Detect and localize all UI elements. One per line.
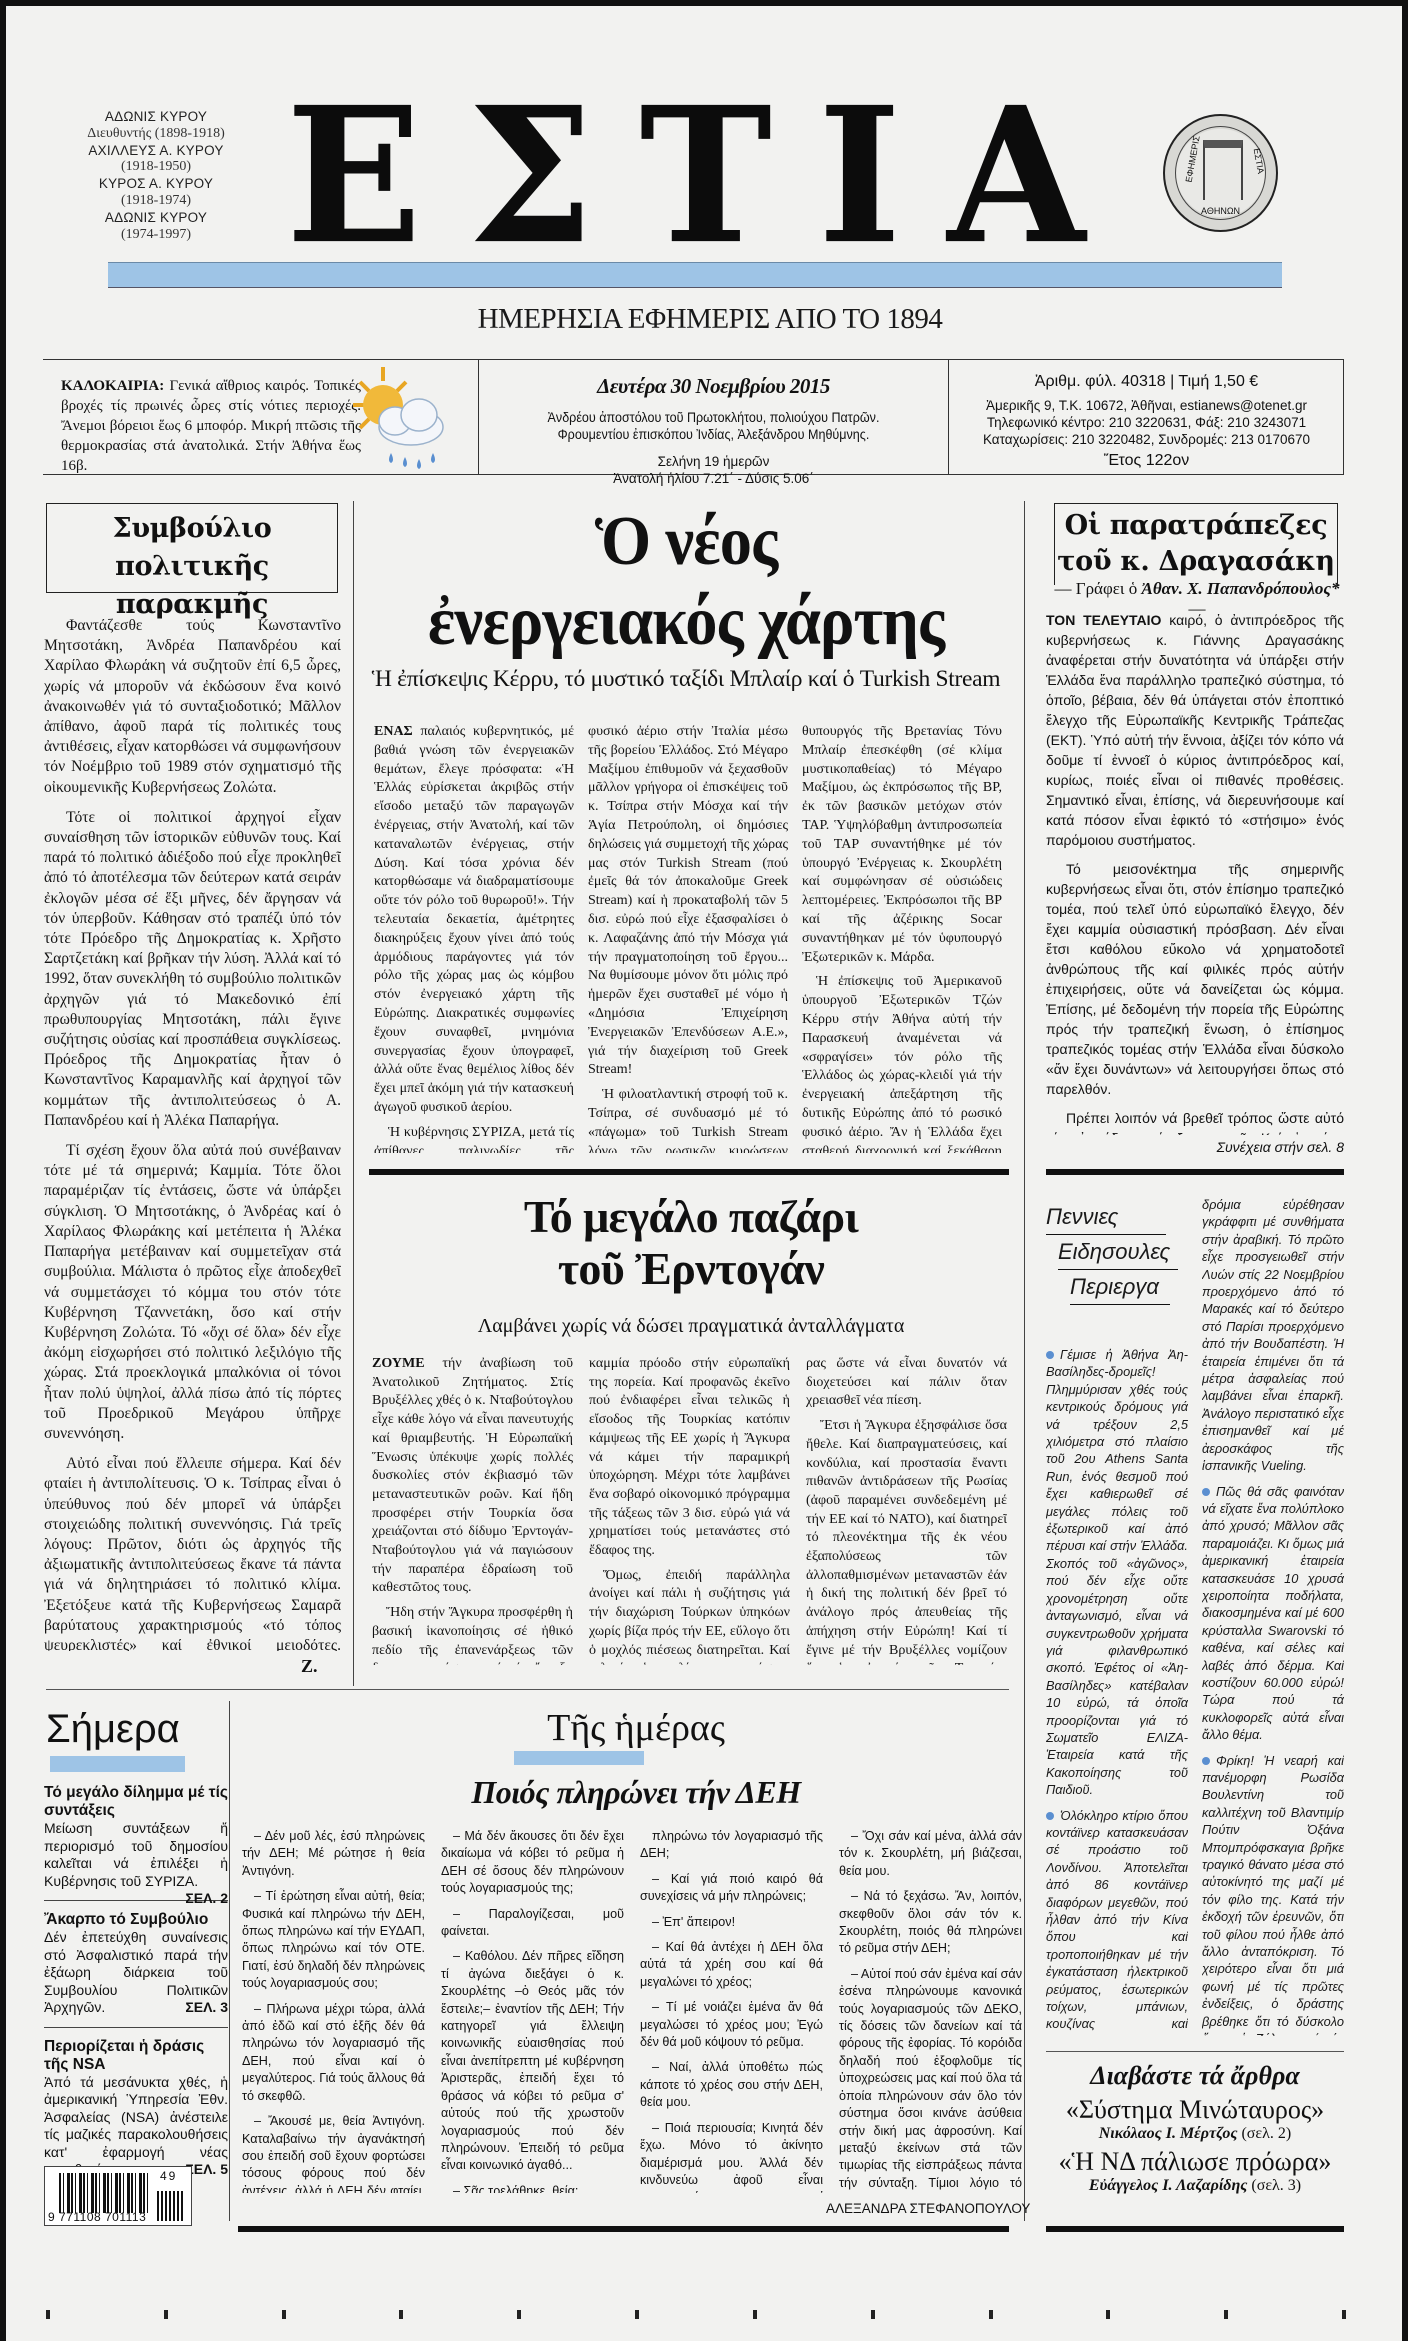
paragraph: ΖΟΥΜΕ τήν ἀναβίωση τοῦ Ἀνατολικοῦ Ζητήμα… bbox=[372, 1355, 573, 1598]
saints-line: Φρουμεντίου ἐπισκόπου Ἰνδίας, Ἀλεξάνδρου… bbox=[495, 426, 931, 443]
article-column: θυπουργός τῆς Βρετανίας Τόνυ Μπλαίρ ἐπεσ… bbox=[802, 723, 1002, 1153]
paragraph: Τό μεισονέκτημα τῆς σημερινῆς κυβερνήσεω… bbox=[1046, 859, 1344, 1099]
paragraph: – Πλήρωνα μέχρι τώρα, ἀλλά ἀπό ἐδῶ καί σ… bbox=[242, 2001, 425, 2105]
article-column: καμμία πρόοδο στήν εὐρωπαϊκή της πορεία.… bbox=[589, 1355, 790, 1665]
coin-seal-icon: ΕΦΗΜΕΡΙΣ ΕΣΤΙΑ ΑΘΗΝΩΝ bbox=[1163, 114, 1278, 232]
page-ref: ΣΕΛ. 2 bbox=[185, 1890, 228, 1908]
headline-line: πολιτικῆς παρακμῆς bbox=[47, 548, 337, 624]
founder-name: ΑΔΩΝΙΣ ΚΥΡΟΥ bbox=[76, 109, 236, 126]
author-name: Εὐάγγελος Ι. Λαζαρίδης bbox=[1089, 2177, 1248, 2194]
editorial-body: Φαντάζεσθε τούς Κωνσταντῖνο Μητσοτάκη, Ἀ… bbox=[44, 616, 341, 1651]
registration-mark-icon bbox=[399, 2310, 403, 2319]
paragraph: Ὅμως, ἐπειδή παράλληλα ἀνοίγει καί πάλι … bbox=[589, 1567, 790, 1665]
article-column: – Μά δέν ἄκουσες ὅτι δέν ἔχει δικαίωμα ν… bbox=[441, 1828, 624, 2193]
article-column: πληρώνω τόν λογαριασμό τῆς ΔΕΗ; – Καί γι… bbox=[640, 1828, 823, 2193]
heading-line: Ειδησουλες bbox=[1058, 1235, 1178, 1270]
barcode-addon-number: 49 bbox=[160, 2169, 177, 2183]
curiosities-section: Πεννιες Ειδησουλες Περιεργα Γέμισε ἡ Ἀθή… bbox=[1046, 1196, 1344, 2036]
paragraph: – Δέν μοῦ λές, ἐσύ πληρώνεις τήν ΔΕΗ; Μέ… bbox=[242, 1828, 425, 1880]
date-box: Δευτέρα 30 Νοεμβρίου 2015 Ἀνδρέου ἀποστό… bbox=[478, 360, 948, 474]
article-column: – Ὄχι σάν καί μένα, ἀλλά σάν τόν κ. Σκου… bbox=[839, 1828, 1022, 2193]
founder-years: (1918-1974) bbox=[76, 193, 236, 210]
phones: Τηλεφωνικό κέντρο: 210 3220631, Φάξ: 210… bbox=[949, 414, 1344, 431]
opinion-body: ΤΟΝ ΤΕΛΕΥΤΑΙΟ καιρό, ὁ ἀντιπρόεδρος τῆς … bbox=[1046, 610, 1344, 1135]
saints-line: Ἀνδρέου ἀποστόλου τοῦ Πρωτοκλήτου, πολιο… bbox=[495, 409, 931, 426]
continued-link[interactable]: Συνέχεια στήν σελ. 8 bbox=[1046, 1139, 1344, 1155]
of-the-day-title: Ποιός πληρώνει τήν ΔΕΗ bbox=[236, 1774, 1036, 1811]
founder-years: (1918-1950) bbox=[76, 159, 236, 176]
founder-name: ΑΔΩΝΙΣ ΚΥΡΟΥ bbox=[76, 210, 236, 227]
paragraph: ΤΟΝ ΤΕΛΕΥΤΑΙΟ καιρό, ὁ ἀντιπρόεδρος τῆς … bbox=[1046, 610, 1344, 850]
paragraph: – Τί μέ νοιάζει ἐμένα ἄν θά μεγαλώσει τό… bbox=[640, 1999, 823, 2051]
paragraph: – Ὄχι σάν καί μένα, ἀλλά σάν τόν κ. Σκου… bbox=[839, 1828, 1022, 1880]
author-name: Ἀθαν. Χ. Παπανδρόπουλος* bbox=[1141, 579, 1339, 598]
opinion-headline: Οἱ παρατράπεζες τοῦ κ. Δραγασάκη bbox=[1054, 503, 1338, 585]
paragraph: Τότε οἱ πολιτικοί ἀρχηγοί εἶχαν συναίσθη… bbox=[44, 808, 341, 1131]
news-item: Φρίκη! Ἡ νεαρή καί πανέμορφη Ρωσίδα Βουλ… bbox=[1202, 1752, 1344, 2036]
paragraph: – Τί ἐρώτηση εἶναι αὐτή, θεία; Φυσικά κα… bbox=[242, 1888, 425, 1992]
newspaper-front-page: ΑΔΩΝΙΣ ΚΥΡΟΥ Διευθυντής (1898-1918) ΑΧΙΛ… bbox=[0, 0, 1408, 2341]
section-rule bbox=[238, 2226, 1009, 2232]
section-rule bbox=[1046, 2226, 1344, 2232]
article-teaser-title[interactable]: «Ἡ ΝΔ πάλιωσε πρόωρα» bbox=[1046, 2147, 1344, 2177]
news-item-text: Φρίκη! Ἡ νεαρή καί πανέμορφη Ρωσίδα Βουλ… bbox=[1202, 1753, 1344, 2036]
column-divider bbox=[229, 1701, 230, 2221]
byline-prefix: Γράφει ὁ bbox=[1076, 579, 1138, 598]
lead-word: ΕΝΑΣ bbox=[374, 724, 413, 739]
paragraph-text: τήν ἀναβίωση τοῦ Ἀνατολικοῦ Ζητήματος. Σ… bbox=[372, 1356, 573, 1595]
today-heading: Σήμερα bbox=[46, 1706, 226, 1752]
seal-text-bottom: ΑΘΗΝΩΝ bbox=[1201, 206, 1240, 216]
paragraph: – Σᾶς τρελάθηκε, θεία; bbox=[441, 2183, 624, 2193]
heading-line: Περιεργα bbox=[1070, 1270, 1170, 1305]
barcode: 9 771108 701113 49 bbox=[44, 2166, 192, 2226]
info-bar: ΚΑΛΟΚΑΙΡΙΑ: Γενικά αἴθριος καιρός. Τοπικ… bbox=[43, 359, 1344, 475]
headline-line: τοῦ Ἐρντογάν bbox=[366, 1243, 1016, 1295]
paragraph: θυπουργός τῆς Βρετανίας Τόνυ Μπλαίρ ἐπεσ… bbox=[802, 723, 1002, 967]
classifieds-subscriptions: Καταχωρίσεις: 210 3220482, Συνδρομές: 21… bbox=[949, 431, 1344, 448]
bullet-icon bbox=[1202, 1488, 1210, 1496]
registration-marks bbox=[46, 2310, 1346, 2319]
barcode-addon-bars-icon bbox=[157, 2191, 183, 2221]
section-rule bbox=[1046, 2051, 1344, 2052]
news-item: Ὁλόκληρο κτίριο ὅπου κοντάϊνερ κατασκευά… bbox=[1046, 1807, 1188, 2036]
article-teaser-title[interactable]: «Σύστημα Μινώταυρος» bbox=[1046, 2095, 1344, 2125]
bullet-icon bbox=[1202, 1757, 1210, 1765]
paragraph: – Μά δέν ἄκουσες ὅτι δέν ἔχει δικαίωμα ν… bbox=[441, 1828, 624, 1898]
seal-figures bbox=[1203, 140, 1243, 200]
registration-mark-icon bbox=[1106, 2310, 1110, 2319]
paragraph: Πρέπει λοιπόν νά βρεθεῖ τρόπος ὥστε αὐτό… bbox=[1046, 1108, 1344, 1135]
paragraph: πληρώνω τόν λογαριασμό τῆς ΔΕΗ; bbox=[640, 1828, 823, 1863]
today-index: Τό μεγάλο δίλημμα μέ τίς συντάξεις Μείωσ… bbox=[44, 1784, 228, 2199]
issue-date: Δευτέρα 30 Νοεμβρίου 2015 bbox=[479, 374, 948, 399]
paragraph: – Καί γιά ποιό καιρό θά συνεχίσεις νά μή… bbox=[640, 1871, 823, 1906]
news-item: Πῶς θά σᾶς φαινόταν νά εἴχατε ἕνα πολύπλ… bbox=[1202, 1483, 1344, 1744]
lead-headline: Ὁ νέος ἐνεργειακός χάρτης bbox=[392, 502, 981, 662]
weather-box: ΚΑΛΟΚΑΙΡΙΑ: Γενικά αἴθριος καιρός. Τοπικ… bbox=[43, 360, 478, 474]
index-item-text: Δέν ἐπετεύχθη συναίνεσις στό Ἀσφαλιστικό… bbox=[44, 1929, 228, 2017]
paragraph: Ἔτσι ἡ Ἄγκυρα ἐξησφάλισε ὅσα ἤθελε. Καί … bbox=[806, 1417, 1007, 1665]
second-article-body: ΖΟΥΜΕ τήν ἀναβίωση τοῦ Ἀνατολικοῦ Ζητήμα… bbox=[372, 1355, 1008, 1665]
paragraph: Αὐτό εἶναι πού ἔλλειπε σήμερα. Καί δέν φ… bbox=[44, 1454, 341, 1651]
index-item-text: Ἀπό τά μεσάνυκτα χθές, ἡ ἀμερικανική Ὑπη… bbox=[44, 2074, 228, 2179]
index-item[interactable]: Ἄκαρπο τό Συμβούλιο Δέν ἐπετεύχθη συναίν… bbox=[44, 1911, 228, 2028]
paragraph: – Καθόλου. Δέν πῆρες εἴδηση τί ἀγώνα διε… bbox=[441, 1948, 624, 2174]
registration-mark-icon bbox=[1342, 2310, 1346, 2319]
moon-age: Σελήνη 19 ἡμερῶν bbox=[479, 453, 948, 470]
paragraph: – Νά τό ξεχάσω. Ἄν, λοιπόν, σκεφθοῦν ὅλο… bbox=[839, 1888, 1022, 1958]
tagline: ΗΜΕΡΗΣΙΑ ΕΦΗΜΕΡΙΣ ΑΠΟ ΤΟ 1894 bbox=[6, 303, 1408, 336]
read-articles-heading: Διαβάστε τά ἄρθρα bbox=[1046, 2061, 1344, 2091]
paragraph: ΕΝΑΣ παλαιός κυβερνητικός, μέ βαθιά γνώσ… bbox=[374, 723, 574, 1118]
paragraph: – Ἐπ' ἄπειρον! bbox=[640, 1914, 823, 1931]
index-item-title: Ἄκαρπο τό Συμβούλιο bbox=[44, 1911, 228, 1929]
paragraph: φυσικό ἀέριο στήν Ἰταλία μέσω τῆς βορείο… bbox=[588, 723, 788, 1080]
registration-mark-icon bbox=[517, 2310, 521, 2319]
paragraph: Ἡ ἐπίσκεψις τοῦ Ἀμερικανοῦ ὑπουργοῦ Ἐξωτ… bbox=[802, 973, 1002, 1153]
of-the-day-body: – Δέν μοῦ λές, ἐσύ πληρώνεις τήν ΔΕΗ; Μέ… bbox=[242, 1828, 1022, 2193]
paragraph: – Ναί, ἀλλά ὑποθέτω πώς κάποτε τό χρέος … bbox=[640, 2059, 823, 2111]
lead-word: ΤΟΝ ΤΕΛΕΥΤΑΙΟ bbox=[1046, 612, 1161, 628]
contact-info: Ἀμερικῆς 9, Τ.Κ. 10672, Ἀθῆναι, estianew… bbox=[949, 397, 1344, 448]
paragraph: Ἤδη στήν Ἄγκυρα προσφέρθη ἡ βασική ἱκανο… bbox=[372, 1604, 573, 1665]
index-item-summary: Μείωση συντάξεων ἤ περιορισμό τοῦ δημοσί… bbox=[44, 1820, 228, 1889]
registration-mark-icon bbox=[282, 2310, 286, 2319]
registration-mark-icon bbox=[989, 2310, 993, 2319]
paragraph: – Ποιά περιουσία; Κινητά δέν ἔχω. Μόνο τ… bbox=[640, 2120, 823, 2193]
news-item: δρόμια εὑρέθησαν γκράφφιτι μέ συνθήματα … bbox=[1202, 1196, 1344, 1475]
curiosities-heading: Πεννιες Ειδησουλες Περιεργα bbox=[1046, 1196, 1188, 1346]
registration-mark-icon bbox=[46, 2310, 50, 2319]
sun-moon-info: Σελήνη 19 ἡμερῶν Ἀνατολή ἡλίου 7.21΄ - Δ… bbox=[479, 453, 948, 487]
founders-list: ΑΔΩΝΙΣ ΚΥΡΟΥ Διευθυντής (1898-1918) ΑΧΙΛ… bbox=[76, 109, 236, 243]
editorial-headline: Συμβούλιο πολιτικῆς παρακμῆς bbox=[46, 503, 338, 593]
weather-label: ΚΑΛΟΚΑΙΡΙΑ: bbox=[61, 378, 164, 394]
news-item-text: Γέμισε ἡ Ἀθήνα Ἀη-Βασίληδες-δρομεῖς! Πλη… bbox=[1046, 1347, 1188, 1797]
section-rule bbox=[46, 1689, 1009, 1690]
article-teaser-author: Νικόλαος Ι. Μέρτζος (σελ. 2) bbox=[1046, 2125, 1344, 2143]
headline-line: Οἱ παρατράπεζες bbox=[1055, 508, 1337, 544]
paragraph: Τί σχέση ἔχουν ὅλα αὐτά πού συνέβαιναν τ… bbox=[44, 1141, 341, 1444]
index-item-title: Περιορίζεται ἡ δράσις τῆς NSA bbox=[44, 2038, 228, 2074]
sun-cloud-rain-icon bbox=[343, 365, 463, 485]
headline-line: τοῦ κ. Δραγασάκη bbox=[1055, 544, 1337, 580]
column-divider bbox=[353, 501, 354, 1686]
registration-mark-icon bbox=[753, 2310, 757, 2319]
editorial-signature: Ζ. bbox=[301, 1656, 318, 1677]
registration-mark-icon bbox=[635, 2310, 639, 2319]
article-teaser-author: Εὐάγγελος Ι. Λαζαρίδης (σελ. 3) bbox=[1046, 2177, 1344, 2195]
registration-mark-icon bbox=[164, 2310, 168, 2319]
article-column: ρας ὥστε νά εἶναι δυνατόν νά διοχετεύσει… bbox=[806, 1355, 1007, 1665]
lead-article-body: ΕΝΑΣ παλαιός κυβερνητικός, μέ βαθιά γνώσ… bbox=[374, 723, 1004, 1153]
paragraph: Ἡ φιλοατλαντική στροφή τοῦ κ. Τσίπρα, σέ… bbox=[588, 1086, 788, 1153]
headline-line: Τό μεγάλο παζάρι bbox=[366, 1191, 1016, 1243]
paragraph: Φαντάζεσθε τούς Κωνσταντῖνο Μητσοτάκη, Ἀ… bbox=[44, 616, 341, 798]
founder-name: ΑΧΙΛΛΕΥΣ Α. ΚΥΡΟΥ bbox=[76, 143, 236, 160]
column-divider bbox=[1024, 501, 1025, 2221]
index-item-text: Μείωση συντάξεων ἤ περιορισμό τοῦ δημοσί… bbox=[44, 1820, 228, 1890]
index-item[interactable]: Τό μεγάλο δίλημμα μέ τίς συντάξεις Μείωσ… bbox=[44, 1784, 228, 1901]
weather-text: ΚΑΛΟΚΑΙΡΙΑ: Γενικά αἴθριος καιρός. Τοπικ… bbox=[61, 376, 361, 476]
headline-line: Ὁ νέος bbox=[392, 502, 981, 582]
of-the-day-author: ΑΛΕΞΑΝΔΡΑ ΣΤΕΦΑΝΟΠΟΥΛΟΥ bbox=[826, 2201, 1030, 2216]
of-the-day-heading: Τῆς ἡμέρας bbox=[236, 1706, 1036, 1750]
second-headline: Τό μεγάλο παζάρι τοῦ Ἐρντογάν bbox=[366, 1191, 1016, 1295]
paragraph: καμμία πρόοδο στήν εὐρωπαϊκή της πορεία.… bbox=[589, 1355, 790, 1561]
today-blue-band bbox=[50, 1756, 185, 1772]
curiosities-column: Πεννιες Ειδησουλες Περιεργα Γέμισε ἡ Ἀθή… bbox=[1046, 1196, 1188, 2036]
page-ref: ΣΕΛ. 3 bbox=[185, 1999, 228, 2017]
news-item-text: Ὁλόκληρο κτίριο ὅπου κοντάϊνερ κατασκευά… bbox=[1046, 1808, 1188, 2036]
headline-line: ἐνεργειακός χάρτης bbox=[392, 582, 981, 662]
barcode-bars-icon bbox=[59, 2173, 149, 2213]
saints-of-day: Ἀνδρέου ἀποστόλου τοῦ Πρωτοκλήτου, πολιο… bbox=[495, 409, 931, 443]
paragraph: – Καί θά ἀντέχει ἡ ΔΕΗ ὅλα αὐτά τά χρέη … bbox=[640, 1939, 823, 1991]
newspaper-logo: ΕΣΤΙΑ bbox=[286, 103, 1156, 250]
article-column: – Δέν μοῦ λές, ἐσύ πληρώνεις τήν ΔΕΗ; Μέ… bbox=[242, 1828, 425, 2193]
page-ref: (σελ. 2) bbox=[1241, 2125, 1291, 2142]
issue-number-price: Ἀριθμ. φύλ. 40318 | Τιμή 1,50 € bbox=[949, 373, 1344, 391]
article-column: ΕΝΑΣ παλαιός κυβερνητικός, μέ βαθιά γνώσ… bbox=[374, 723, 574, 1153]
bullet-icon bbox=[1046, 1812, 1054, 1820]
curiosities-column: δρόμια εὑρέθησαν γκράφφιτι μέ συνθήματα … bbox=[1202, 1196, 1344, 2036]
of-the-day-blue-band bbox=[514, 1751, 644, 1765]
article-column: ΖΟΥΜΕ τήν ἀναβίωση τοῦ Ἀνατολικοῦ Ζητήμα… bbox=[372, 1355, 573, 1665]
read-articles-box: Διαβάστε τά ἄρθρα «Σύστημα Μινώταυρος» Ν… bbox=[1046, 2061, 1344, 2199]
second-subheadline: Λαμβάνει χωρίς νά δώσει πραγματικά ἀνταλ… bbox=[366, 1315, 1016, 1338]
article-column: φυσικό ἀέριο στήν Ἰταλία μέσω τῆς βορείο… bbox=[588, 723, 788, 1153]
paragraph-text: καιρό, ὁ ἀντιπρόεδρος τῆς κυβερνήσεως κ.… bbox=[1046, 612, 1344, 848]
founder-years: Διευθυντής (1898-1918) bbox=[76, 126, 236, 143]
paragraph: – Παραλογίζεσαι, μοῦ φαίνεται. bbox=[441, 1906, 624, 1941]
sunrise-sunset: Ἀνατολή ἡλίου 7.21΄ - Δύσις 5.06΄ bbox=[479, 470, 948, 487]
lead-subheadline: Ἡ ἐπίσκεψις Κέρρυ, τό μυστικό ταξίδι Μπλ… bbox=[366, 666, 1006, 693]
barcode-number: 9 771108 701113 bbox=[48, 2210, 146, 2224]
author-name: Νικόλαος Ι. Μέρτζος bbox=[1099, 2125, 1238, 2142]
lead-word: ΖΟΥΜΕ bbox=[372, 1356, 425, 1371]
paragraph-text: παλαιός κυβερνητικός, μέ βαθιά γνώση τῶν… bbox=[374, 724, 574, 1115]
news-item-text: Πῶς θά σᾶς φαινόταν νά εἴχατε ἕνα πολύπλ… bbox=[1202, 1484, 1344, 1743]
founder-years: (1974-1997) bbox=[76, 227, 236, 244]
paragraph: ρας ὥστε νά εἶναι δυνατόν νά διοχετεύσει… bbox=[806, 1355, 1007, 1411]
paragraph: – Ἄκουσέ με, θεία Ἀντιγόνη. Καταλαβαίνω … bbox=[242, 2113, 425, 2193]
address: Ἀμερικῆς 9, Τ.Κ. 10672, Ἀθῆναι, estianew… bbox=[949, 397, 1344, 414]
heading-line: Πεννιες bbox=[1046, 1200, 1166, 1235]
headline-line: Συμβούλιο bbox=[47, 510, 337, 548]
publication-year: Ἔτος 122ον bbox=[949, 452, 1344, 470]
issue-info-box: Ἀριθμ. φύλ. 40318 | Τιμή 1,50 € Ἀμερικῆς… bbox=[948, 360, 1344, 474]
bullet-icon bbox=[1046, 1351, 1054, 1359]
section-rule bbox=[1046, 1169, 1344, 1175]
registration-mark-icon bbox=[1224, 2310, 1228, 2319]
paragraph: Ἡ κυβέρνησις ΣΥΡΙΖΑ, μετά τίς ἀπίθανες π… bbox=[374, 1124, 574, 1153]
index-item-title: Τό μεγάλο δίλημμα μέ τίς συντάξεις bbox=[44, 1784, 228, 1820]
masthead-blue-band bbox=[108, 262, 1282, 288]
paragraph: – Αὐτοί πού σάν ἐμένα καί σάν ἐσένα πληρ… bbox=[839, 1966, 1022, 2193]
section-rule bbox=[369, 1169, 1009, 1175]
news-item: Γέμισε ἡ Ἀθήνα Ἀη-Βασίληδες-δρομεῖς! Πλη… bbox=[1046, 1346, 1188, 1799]
registration-mark-icon bbox=[871, 2310, 875, 2319]
page-ref: (σελ. 3) bbox=[1251, 2177, 1301, 2194]
founder-name: ΚΥΡΟΣ Α. ΚΥΡΟΥ bbox=[76, 176, 236, 193]
